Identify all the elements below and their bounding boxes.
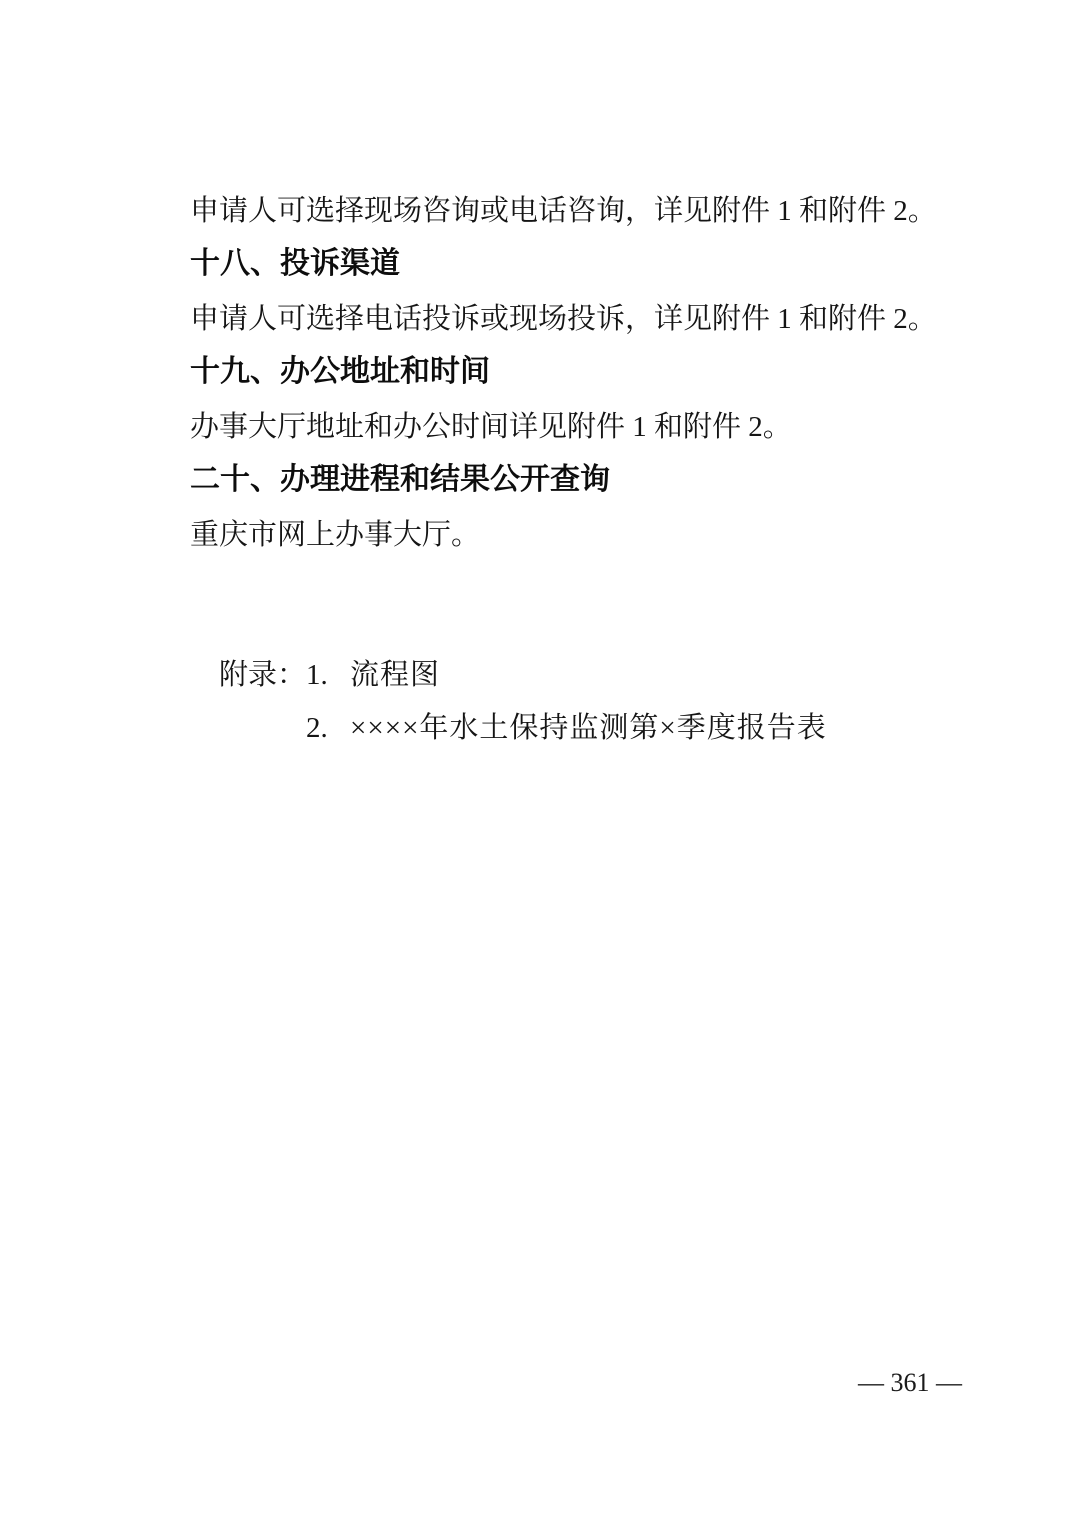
appendix-item-2-number: 2. — [306, 711, 350, 745]
paragraph-consult-channels: 申请人可选择现场咨询或电话咨询，详见附件 1 和附件 2。 — [190, 194, 937, 228]
heading-section-20-progress-result-query: 二十、办理进程和结果公开查询 — [190, 462, 610, 498]
page-number: — 361 — — [790, 1368, 1030, 1398]
paragraph-online-service-hall: 重庆市网上办事大厅。 — [190, 518, 480, 552]
paragraph-complaint-options: 申请人可选择电话投诉或现场投诉，详见附件 1 和附件 2。 — [190, 302, 937, 336]
heading-section-19-office-address-time: 十九、办公地址和时间 — [190, 354, 490, 390]
document-page: 申请人可选择现场咨询或电话咨询，详见附件 1 和附件 2。 十八、投诉渠道 申请… — [0, 0, 1074, 1520]
heading-section-18-complaint-channels: 十八、投诉渠道 — [190, 246, 400, 282]
appendix-item-2-text: ××××年水土保持监测第×季度报告表 — [350, 712, 827, 744]
paragraph-office-address-time: 办事大厅地址和办公时间详见附件 1 和附件 2。 — [190, 410, 792, 444]
appendix-line-2: 2.××××年水土保持监测第×季度报告表 — [277, 677, 827, 779]
